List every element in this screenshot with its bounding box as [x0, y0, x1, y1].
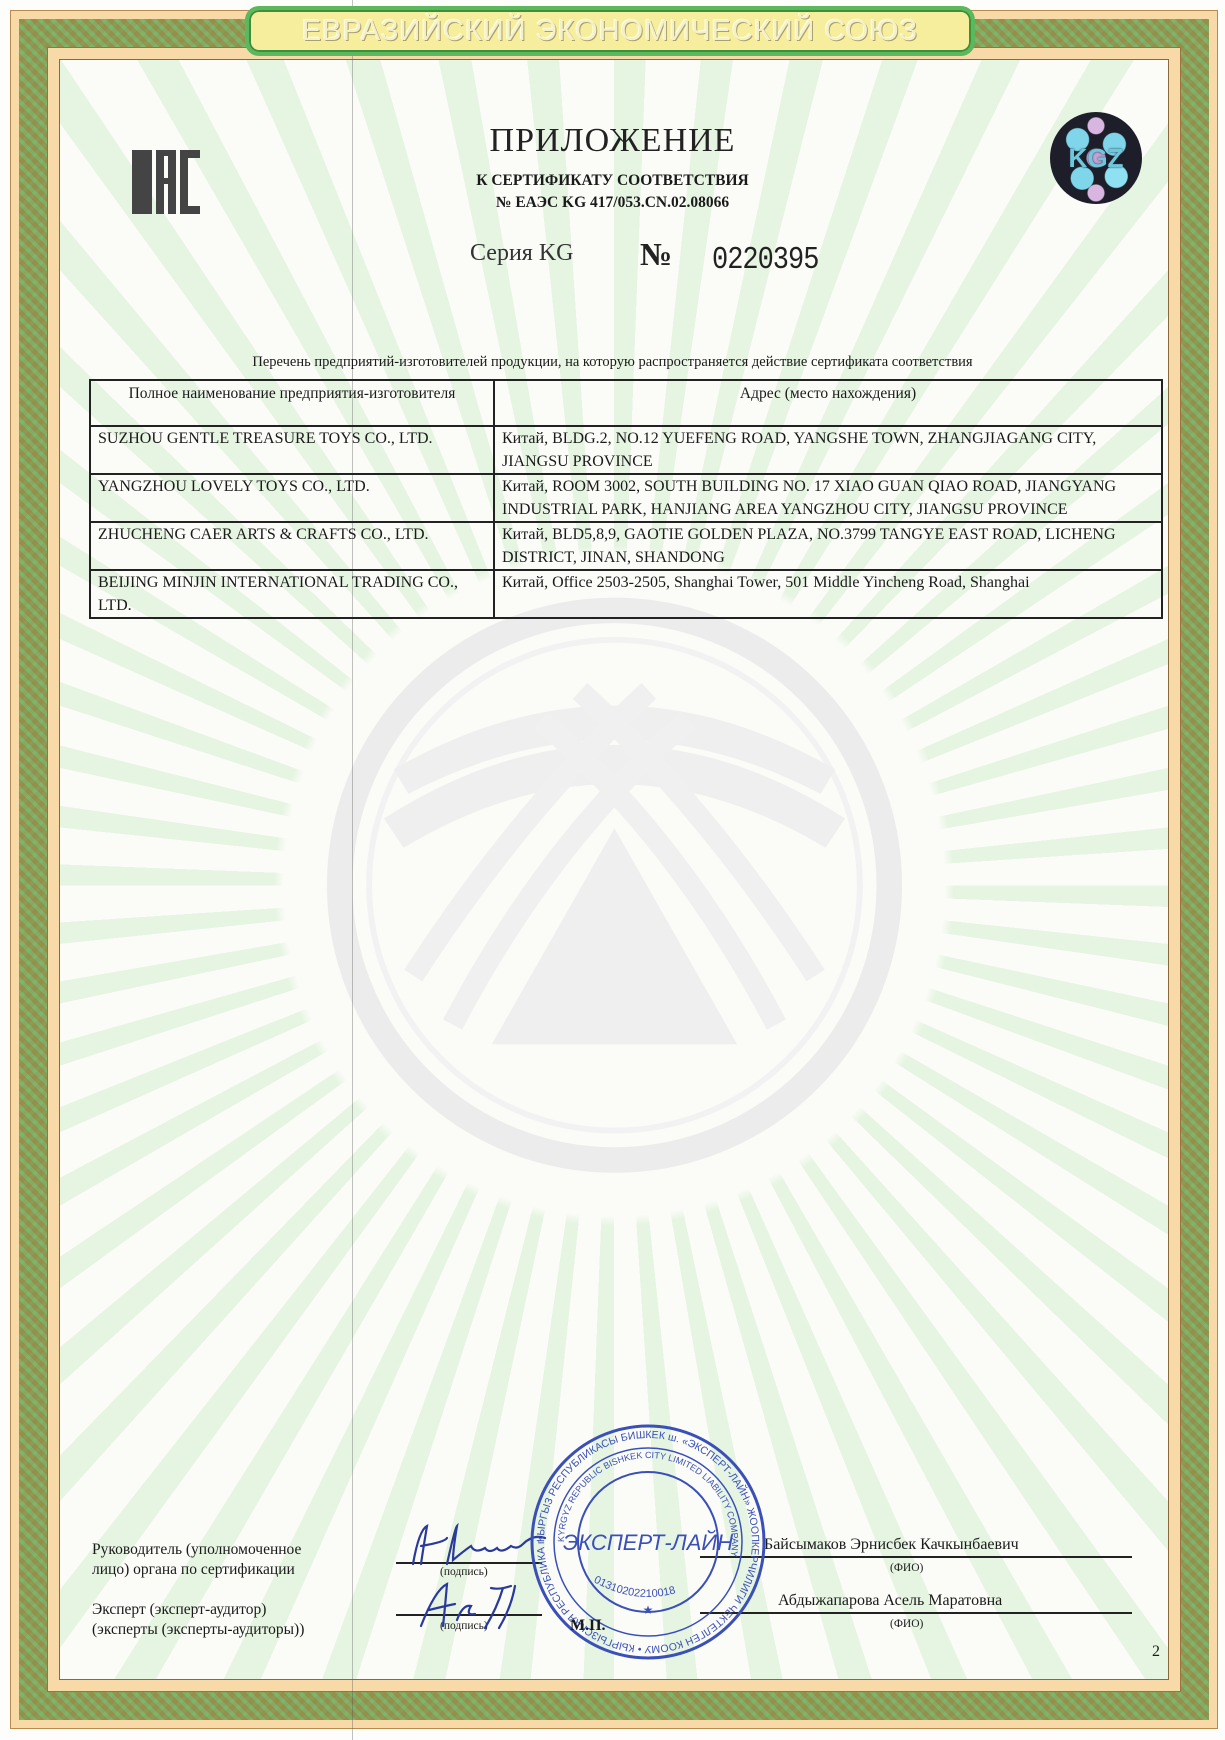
expert-role-line2: (эксперты (эксперты-аудиторы)) — [92, 1620, 304, 1640]
head-role-line1: Руководитель (уполномоченное — [92, 1540, 301, 1560]
seal-label: М.П. — [570, 1617, 606, 1635]
eaeu-banner: ЕВРАЗИЙСКИЙ ЭКОНОМИЧЕСКИЙ СОЮЗ — [245, 6, 975, 56]
expert-role-label: Эксперт (эксперт-аудитор) (эксперты (экс… — [92, 1600, 304, 1640]
expert-name: Абдыжапарова Асель Маратовна — [778, 1592, 1002, 1610]
table-row: ZHUCHENG CAER ARTS & CRAFTS CO., LTD. Ки… — [90, 522, 1162, 570]
manufacturer-name: YANGZHOU LOVELY TOYS CO., LTD. — [90, 474, 494, 522]
manufacturer-name: BEIJING MINJIN INTERNATIONAL TRADING CO.… — [90, 570, 494, 618]
scan-fold-line — [352, 0, 353, 1740]
manufacturer-name: SUZHOU GENTLE TREASURE TOYS CO., LTD. — [90, 426, 494, 474]
table-row: SUZHOU GENTLE TREASURE TOYS CO., LTD. Ки… — [90, 426, 1162, 474]
manufacturer-address: Китай, Office 2503-2505, Shanghai Tower,… — [494, 570, 1162, 618]
series-label: Серия KG — [470, 240, 574, 267]
company-seal-stamp: КЫРГЫЗ РЕСПУБЛИКАСЫ БИШКЕК ш. «ЭКСПЕРТ-Л… — [528, 1422, 768, 1662]
manufacturer-address: Китай, BLD5,8,9, GAOTIE GOLDEN PLAZA, NO… — [494, 522, 1162, 570]
stamp-center-text: ЭКСПЕРТ-ЛАЙН — [563, 1529, 733, 1555]
banner-title: ЕВРАЗИЙСКИЙ ЭКОНОМИЧЕСКИЙ СОЮЗ — [302, 15, 918, 48]
table-header-row: Полное наименование предприятия-изготови… — [90, 380, 1162, 426]
head-fio-caption: (ФИО) — [890, 1562, 923, 1574]
manufacturer-name: ZHUCHENG CAER ARTS & CRAFTS CO., LTD. — [90, 522, 494, 570]
page-number: 2 — [1152, 1643, 1160, 1661]
column-header-address: Адрес (место нахождения) — [494, 380, 1162, 426]
table-row: YANGZHOU LOVELY TOYS CO., LTD. Китай, RO… — [90, 474, 1162, 522]
column-header-name: Полное наименование предприятия-изготови… — [90, 380, 494, 426]
manufacturer-address: Китай, BLDG.2, NO.12 YUEFENG ROAD, YANGS… — [494, 426, 1162, 474]
certificate-number: № ЕАЭС KG 417/053.CN.02.08066 — [0, 194, 1225, 212]
stamp-star-icon: ★ — [643, 1603, 654, 1617]
head-name: Байсымаков Эрнисбек Качкынбаевич — [764, 1536, 1019, 1554]
head-role-line2: лицо) органа по сертификации — [92, 1560, 301, 1580]
page-title: ПРИЛОЖЕНИЕ — [0, 122, 1225, 160]
certificate-subtitle: К СЕРТИФИКАТУ СООТВЕТСТВИЯ — [0, 172, 1225, 190]
manufacturers-table: Полное наименование предприятия-изготови… — [89, 379, 1163, 619]
expert-role-line1: Эксперт (эксперт-аудитор) — [92, 1600, 304, 1620]
expert-signature-scribble — [415, 1580, 535, 1630]
head-role-label: Руководитель (уполномоченное лицо) орган… — [92, 1540, 301, 1580]
number-sign: № — [640, 236, 672, 273]
serial-number: 0220395 — [712, 244, 818, 279]
manufacturer-address: Китай, ROOM 3002, SOUTH BUILDING NO. 17 … — [494, 474, 1162, 522]
expert-fio-caption: (ФИО) — [890, 1618, 923, 1630]
table-caption: Перечень предприятий-изготовителей проду… — [0, 354, 1225, 371]
table-row: BEIJING MINJIN INTERNATIONAL TRADING CO.… — [90, 570, 1162, 618]
